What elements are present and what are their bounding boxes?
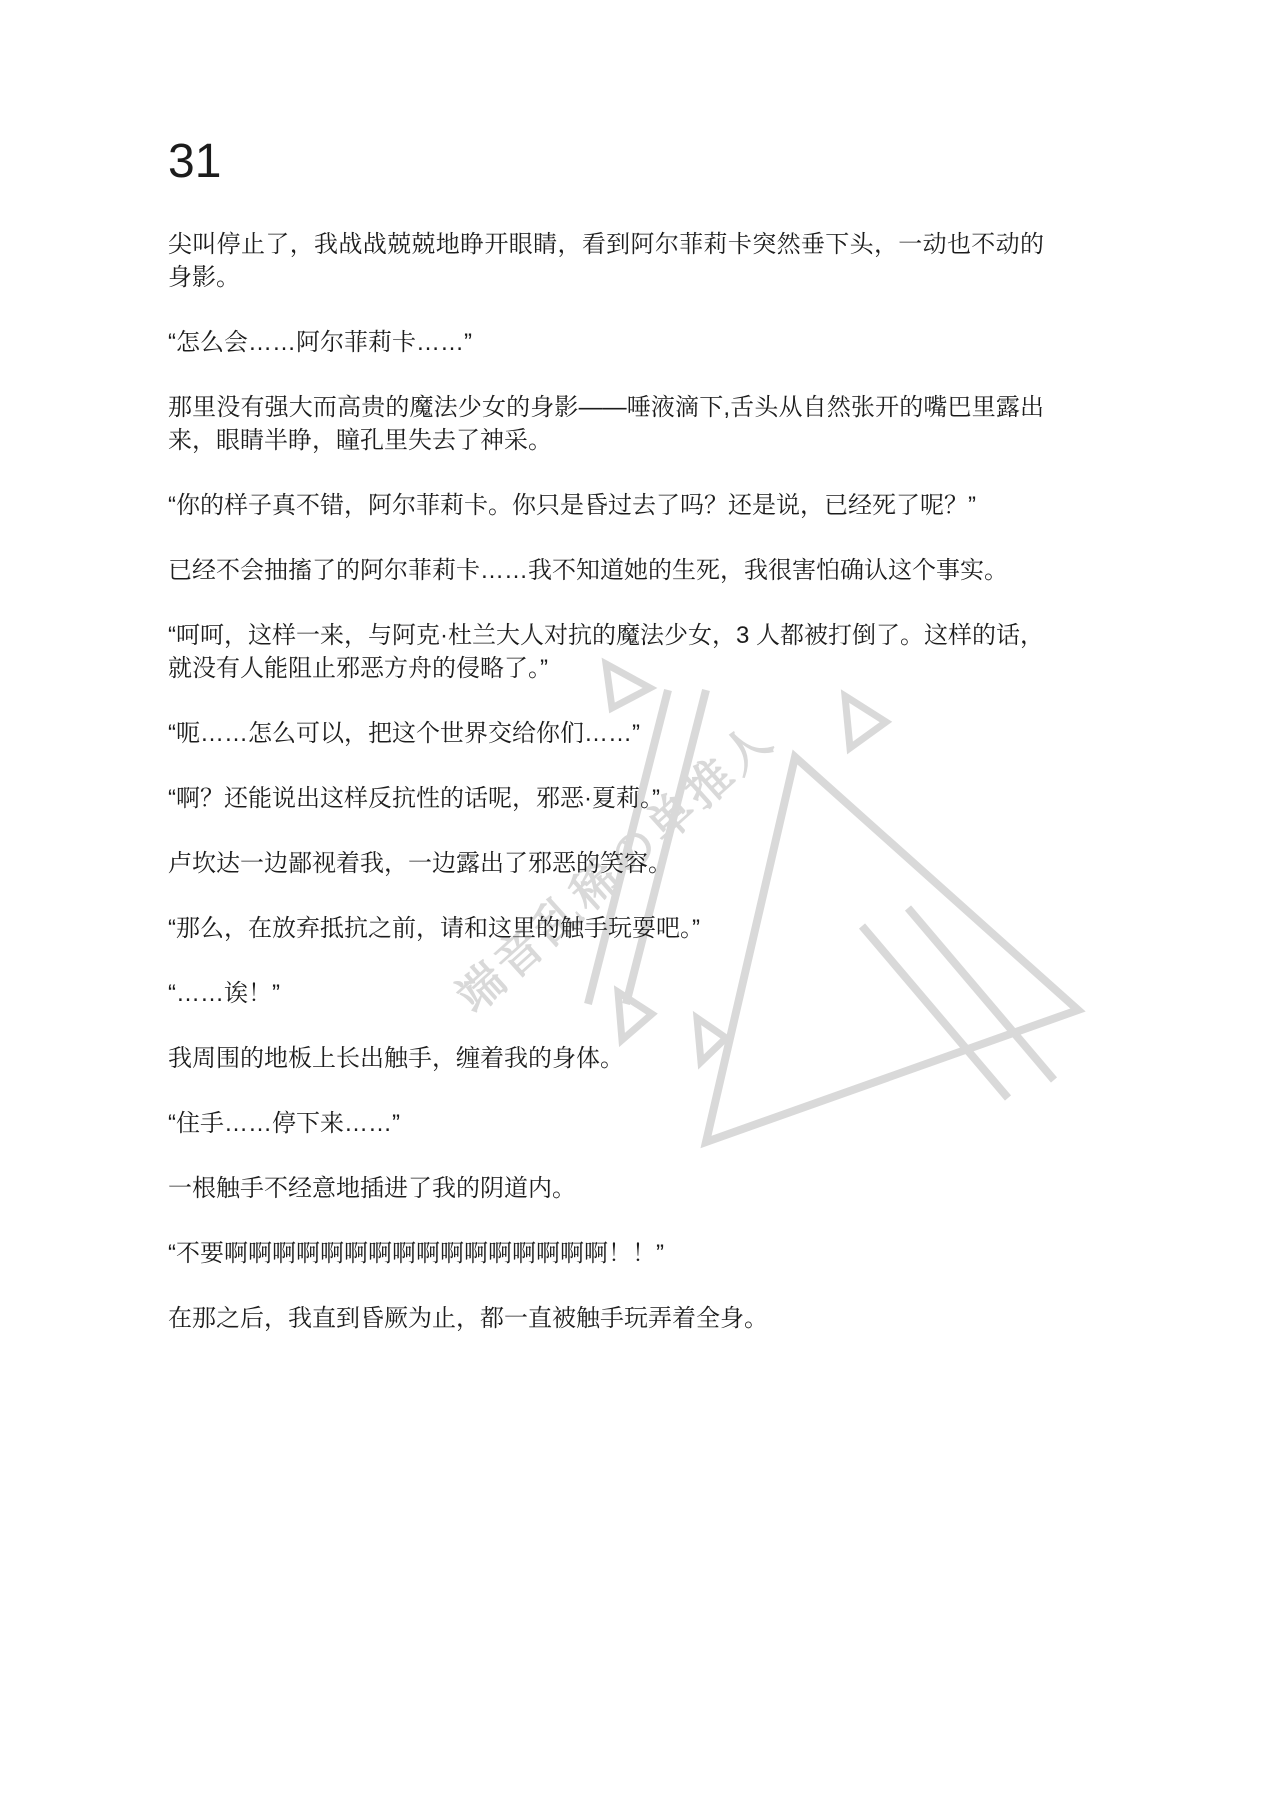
paragraph-list: 尖叫停止了，我战战兢兢地睁开眼睛，看到阿尔菲莉卡突然垂下头，一动也不动的身影。“… bbox=[168, 228, 1044, 1335]
paragraph: 那里没有强大而高贵的魔法少女的身影——唾液滴下,舌头从自然张开的嘴巴里露出来，眼… bbox=[168, 391, 1044, 457]
paragraph: “住手……停下来……” bbox=[168, 1107, 1044, 1140]
paragraph: “呵呵，这样一来，与阿克·杜兰大人对抗的魔法少女，3 人都被打倒了。这样的话，就… bbox=[168, 619, 1044, 685]
paragraph: 卢坎达一边鄙视着我，一边露出了邪恶的笑容。 bbox=[168, 847, 1044, 880]
paragraph: “啊？还能说出这样反抗性的话呢，邪恶·夏莉。” bbox=[168, 782, 1044, 815]
paragraph: “那么，在放弃抵抗之前，请和这里的触手玩耍吧。” bbox=[168, 912, 1044, 945]
chapter-number: 31 bbox=[168, 138, 1044, 186]
paragraph: 尖叫停止了，我战战兢兢地睁开眼睛，看到阿尔菲莉卡突然垂下头，一动也不动的身影。 bbox=[168, 228, 1044, 294]
paragraph: 我周围的地板上长出触手，缠着我的身体。 bbox=[168, 1042, 1044, 1075]
paragraph: 在那之后，我直到昏厥为止，都一直被触手玩弄着全身。 bbox=[168, 1302, 1044, 1335]
paragraph: “不要啊啊啊啊啊啊啊啊啊啊啊啊啊啊啊啊！！” bbox=[168, 1237, 1044, 1270]
paragraph: “你的样子真不错，阿尔菲莉卡。你只是昏过去了吗？还是说，已经死了呢？” bbox=[168, 489, 1044, 522]
paragraph: “怎么会……阿尔菲莉卡……” bbox=[168, 326, 1044, 359]
paragraph: “……诶！” bbox=[168, 977, 1044, 1010]
page-content: 31 尖叫停止了，我战战兢兢地睁开眼睛，看到阿尔菲莉卡突然垂下头，一动也不动的身… bbox=[168, 138, 1044, 1367]
paragraph: 一根触手不经意地插进了我的阴道内。 bbox=[168, 1172, 1044, 1205]
paragraph: “呃……怎么可以，把这个世界交给你们……” bbox=[168, 717, 1044, 750]
paragraph: 已经不会抽搐了的阿尔菲莉卡……我不知道她的生死，我很害怕确认这个事实。 bbox=[168, 554, 1044, 587]
document-page: 端音乱稀の单推人 31 尖叫停止了，我战战兢兢地睁开眼睛，看到阿尔菲莉卡突然垂下… bbox=[0, 0, 1280, 1810]
